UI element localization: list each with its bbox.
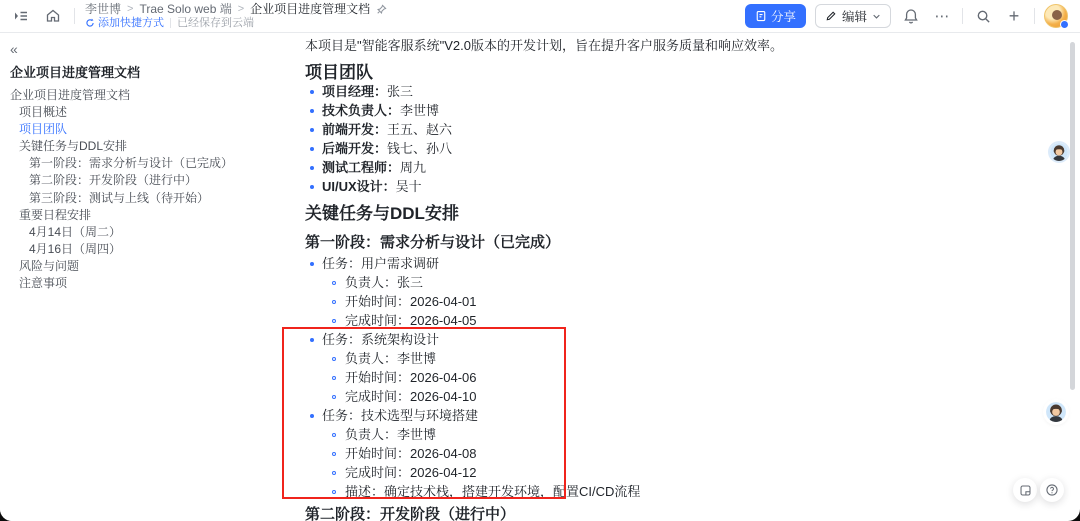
pencil-icon [825,10,837,22]
create-new-button[interactable]: + [1003,5,1025,27]
collaborator-avatar[interactable] [1050,143,1068,161]
edit-label: 编辑 [842,7,867,25]
breadcrumb-item-doc[interactable]: 企业项目进度管理文档 [250,3,370,16]
user-avatar[interactable] [1044,4,1068,28]
intro-paragraph: 本项目是"智能客服系统"V2.0版本的开发计划，旨在提升客户服务质量和响应效率。 [305,37,1050,55]
collaborator-avatar[interactable] [1046,402,1066,422]
breadcrumb-item-user[interactable]: 李世博 [85,3,121,16]
sidebar-toggle-icon [13,8,29,24]
task-title: 任务：系统架构设计 [305,330,1050,349]
hollow-bullet-icon [332,319,336,323]
outline-item-phase1[interactable]: 第一阶段：需求分析与设计（已完成） [10,155,280,172]
add-shortcut-button[interactable]: 添加快捷方式 [85,17,164,29]
more-button[interactable]: ⋯ [931,5,953,27]
breadcrumb-separator: > [238,3,244,16]
task-detail: 完成时间：2026-04-12 [305,463,1050,482]
task-detail: 负责人：张三 [305,273,1050,292]
task-detail: 开始时间：2026-04-08 [305,444,1050,463]
outline-item-apr14[interactable]: 4月14日（周二） [10,224,280,241]
bullet-icon [310,414,314,418]
search-button[interactable] [972,5,994,27]
pin-icon[interactable] [376,4,387,15]
avatar-face [1052,10,1062,20]
list-item: UI/UX设计：吴十 [305,177,1050,196]
task-detail: 完成时间：2026-04-10 [305,387,1050,406]
search-icon [976,9,991,24]
header-divider [1034,8,1035,24]
outline-sidebar: « 企业项目进度管理文档 企业项目进度管理文档 项目概述 项目团队 关键任务与D… [0,33,288,521]
outline-item-apr16[interactable]: 4月16日（周四） [10,241,280,258]
hollow-bullet-icon [332,357,336,361]
phase2-heading: 第二阶段：开发阶段（进行中） [305,505,1050,521]
hollow-bullet-icon [332,490,336,494]
list-item: 项目经理：张三 [305,82,1050,101]
list-item: 技术负责人：李世博 [305,101,1050,120]
bullet-icon [310,90,314,94]
outline-item-overview[interactable]: 项目概述 [10,104,280,121]
team-list: 项目经理：张三 技术负责人：李世博 前端开发：王五、赵六 后端开发：钱七、孙八 … [305,82,1050,196]
chevron-down-icon [872,12,881,21]
header-divider [962,8,963,24]
share-label: 分享 [771,7,796,25]
bullet-icon [310,185,314,189]
edit-mode-button[interactable]: 编辑 [815,4,891,28]
vertical-scrollbar[interactable] [1070,42,1075,390]
save-status: 已经保存到云端 [177,17,254,29]
list-item: 前端开发：王五、赵六 [305,120,1050,139]
home-icon [45,8,61,24]
hollow-bullet-icon [332,300,336,304]
avatar-status-badge [1060,20,1069,29]
tasks-heading: 关键任务与DDL安排 [305,202,1050,225]
add-shortcut-label: 添加快捷方式 [98,17,164,29]
document-body: 本项目是"智能客服系统"V2.0版本的开发计划，旨在提升客户服务质量和响应效率。… [290,33,1050,521]
home-button[interactable] [42,5,64,27]
breadcrumb-separator: > [127,3,133,16]
outline-item-notes[interactable]: 注意事项 [10,275,280,292]
help-button[interactable] [1040,478,1064,502]
outline-item-root[interactable]: 企业项目进度管理文档 [10,87,280,104]
sub-divider [170,18,171,28]
bullet-icon [310,166,314,170]
outline-item-schedule[interactable]: 重要日程安排 [10,207,280,224]
bell-icon [903,8,919,24]
task-detail: 描述：确定技术栈，搭建开发环境，配置CI/CD流程 [305,482,1050,501]
plus-icon: + [1009,7,1020,25]
notifications-button[interactable] [900,5,922,27]
hollow-bullet-icon [332,376,336,380]
team-heading: 项目团队 [305,61,1050,84]
notes-icon [1019,484,1032,497]
bullet-icon [310,262,314,266]
hollow-bullet-icon [332,395,336,399]
phase1-heading: 第一阶段：需求分析与设计（已完成） [305,233,1050,253]
hollow-bullet-icon [332,452,336,456]
task-detail: 开始时间：2026-04-01 [305,292,1050,311]
share-button[interactable]: 分享 [745,4,806,28]
bullet-icon [310,338,314,342]
question-icon [1045,483,1059,497]
doc-notes-button[interactable] [1013,478,1037,502]
task-detail: 负责人：李世博 [305,425,1050,444]
sidebar-doc-title[interactable]: 企业项目进度管理文档 [10,64,280,81]
task-list: 任务：用户需求调研 负责人：张三 开始时间：2026-04-01 完成时间：20… [305,254,1050,501]
collapse-sidebar-button[interactable]: « [10,42,18,56]
bullet-icon [310,109,314,113]
bullet-icon [310,128,314,132]
sidebar-toggle-button[interactable] [10,5,32,27]
outline-item-tasks[interactable]: 关键任务与DDL安排 [10,138,280,155]
hollow-bullet-icon [332,433,336,437]
task-detail: 开始时间：2026-04-06 [305,368,1050,387]
breadcrumb-item-space[interactable]: Trae Solo web 端 [139,3,231,16]
share-doc-icon [755,10,767,22]
collaborator-avatar-icon [1046,402,1066,422]
outline-item-team[interactable]: 项目团队 [10,121,280,138]
top-header: 李世博 > Trae Solo web 端 > 企业项目进度管理文档 添加快捷方… [0,0,1080,33]
list-item: 测试工程师：周九 [305,158,1050,177]
bullet-icon [310,147,314,151]
ellipsis-icon: ⋯ [935,9,950,24]
app-window: 李世博 > Trae Solo web 端 > 企业项目进度管理文档 添加快捷方… [0,0,1080,521]
task-detail: 完成时间：2026-04-05 [305,311,1050,330]
task-title: 任务：技术选型与环境搭建 [305,406,1050,425]
list-item: 后端开发：钱七、孙八 [305,139,1050,158]
hollow-bullet-icon [332,281,336,285]
collaborator-avatar-icon [1050,143,1068,161]
shortcut-icon [85,18,95,28]
breadcrumb: 李世博 > Trae Solo web 端 > 企业项目进度管理文档 添加快捷方… [75,3,387,29]
hollow-bullet-icon [332,471,336,475]
task-title: 任务：用户需求调研 [305,254,1050,273]
outline-item-risks[interactable]: 风险与问题 [10,258,280,275]
outline-item-phase3[interactable]: 第三阶段：测试与上线（待开始） [10,190,280,207]
outline-item-phase2[interactable]: 第二阶段：开发阶段（进行中） [10,172,280,189]
task-detail: 负责人：李世博 [305,349,1050,368]
